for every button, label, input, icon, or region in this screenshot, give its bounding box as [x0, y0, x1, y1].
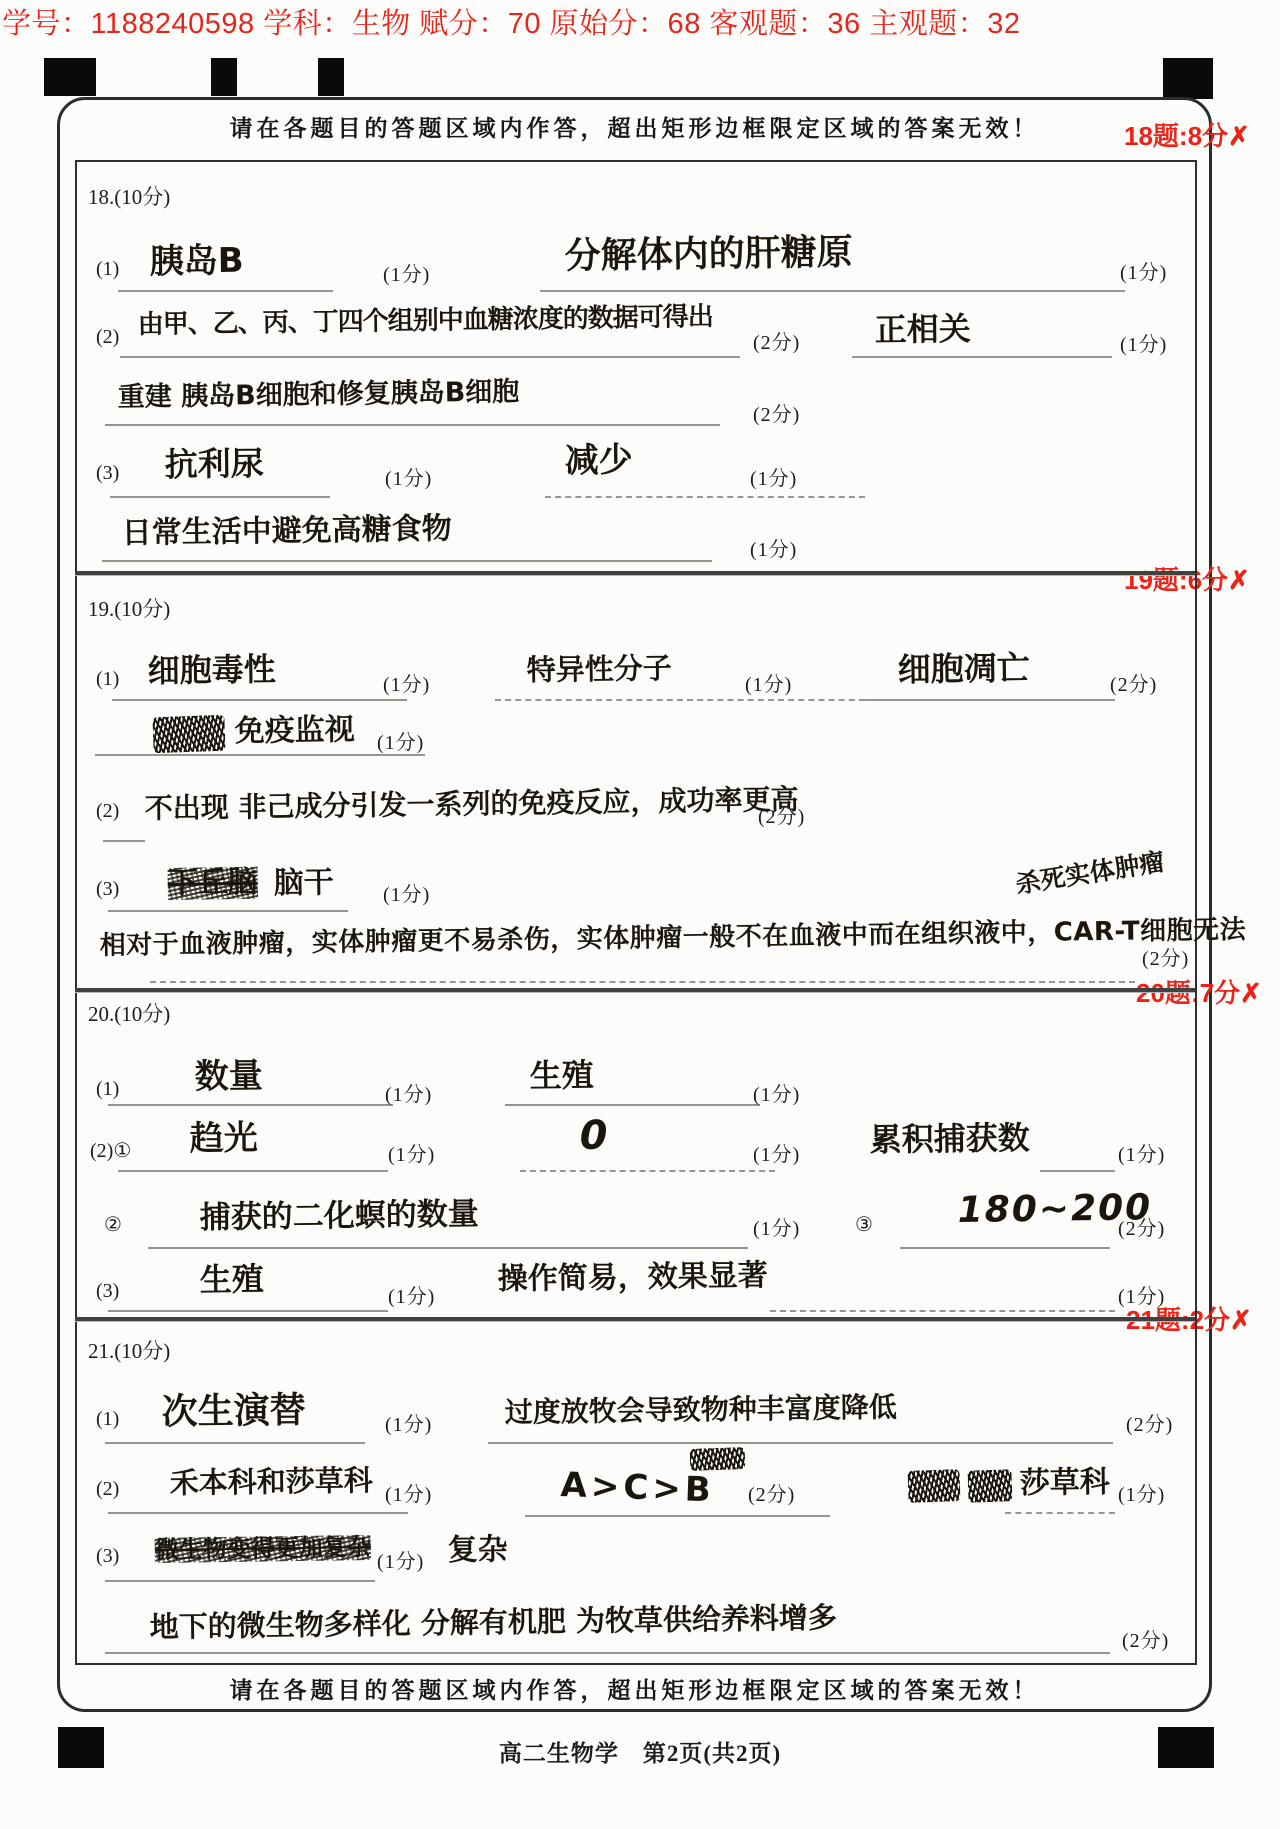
- registration-mark: [211, 58, 237, 96]
- instruction-bottom: 请在各题目的答题区域内作答，超出矩形边框限定区域的答案无效！: [57, 1672, 1212, 1705]
- q20-answer-1-1: 数量: [195, 1059, 263, 1096]
- q20-line1-num: (1): [96, 1078, 119, 1101]
- points-label: (1分): [385, 1078, 432, 1107]
- points-label: (2分): [1118, 1212, 1165, 1241]
- blank-line: [103, 840, 145, 842]
- q19-line3-num: (2): [96, 800, 119, 823]
- q20-title: 20.(10分): [88, 998, 170, 1028]
- q18-answer-1-1: 胰岛B: [150, 244, 244, 281]
- blank-line: [105, 1442, 365, 1444]
- q18-title: 18.(10分): [88, 181, 170, 211]
- registration-mark: [44, 58, 96, 96]
- blank-line: [1005, 1512, 1115, 1514]
- q20-answer-2-1: 趋光: [190, 1121, 258, 1158]
- points-label: (1分): [383, 878, 430, 907]
- section-divider: [75, 1317, 1195, 1321]
- points-label: (1分): [1120, 256, 1167, 285]
- q19-answer-1-1: 细胞毒性: [148, 653, 276, 688]
- crossed-out-scribble: [967, 1469, 1012, 1503]
- blank-line: [118, 1170, 388, 1172]
- blank-line: [110, 496, 330, 498]
- blank-line: [865, 699, 1115, 701]
- q21-answer-2-1: 禾本科和莎草科: [170, 1465, 373, 1498]
- q20-answer-2-2: 0: [579, 1115, 607, 1157]
- points-label: (2分): [758, 800, 805, 829]
- q21-answer-3: 复杂: [448, 1534, 508, 1566]
- registration-mark: [318, 58, 344, 96]
- q21-answer-1-1: 次生演替: [161, 1392, 306, 1432]
- blank-line: [1040, 1170, 1115, 1172]
- points-label: (2分): [1110, 668, 1157, 697]
- q21-answer-2-2: A>C>B: [560, 1468, 715, 1509]
- points-label: (1分): [385, 1408, 432, 1437]
- points-label: (1分): [750, 533, 797, 562]
- blank-line: [150, 981, 1135, 983]
- q21-answer-1-2: 过度放牧会导致物种丰富度降低: [505, 1393, 897, 1428]
- points-label: (2分): [753, 326, 800, 355]
- section-divider: [75, 571, 1195, 575]
- blank-line: [108, 910, 348, 912]
- q19-answer-1-3: 细胞凋亡: [898, 651, 1030, 687]
- registration-mark: [1163, 58, 1213, 99]
- blank-line: [545, 496, 865, 498]
- blank-line: [852, 356, 1112, 358]
- q20-answer-3-1: 捕获的二化螟的数量: [200, 1198, 479, 1234]
- q20-answer-1-2: 生殖: [530, 1059, 594, 1093]
- blank-line: [900, 1247, 1110, 1249]
- blank-line: [525, 1515, 830, 1517]
- grade-note-q18: 18题:8分✗: [1124, 116, 1250, 153]
- blank-line: [520, 1170, 775, 1172]
- blank-line: [108, 1104, 393, 1106]
- q18-answer-4-1: 抗利尿: [165, 447, 264, 483]
- blank-line: [540, 290, 1125, 292]
- q18-answer-3: 重建 胰岛B细胞和修复胰岛B细胞: [118, 378, 520, 412]
- q18-answer-4-2: 减少: [565, 443, 633, 480]
- instruction-top: 请在各题目的答题区域内作答，超出矩形边框限定区域的答案无效！: [57, 110, 1212, 143]
- q21-crossed-answer: 微生物变得更加复杂: [155, 1535, 371, 1563]
- blank-line: [102, 560, 712, 562]
- q20-answer-2-3: 累积捕获数: [870, 1122, 1030, 1158]
- points-label: (1分): [1118, 1280, 1165, 1309]
- blank-line: [108, 1512, 408, 1514]
- blank-line: [105, 424, 720, 426]
- points-label: (1分): [750, 462, 797, 491]
- q19-title: 19.(10分): [88, 593, 170, 623]
- points-label: (1分): [753, 1078, 800, 1107]
- q20-answer-4-2: 操作简易，效果显著: [498, 1260, 768, 1295]
- q20-line3-num2: ③: [855, 1212, 873, 1237]
- q21-line2-num: (2): [96, 1478, 119, 1501]
- blank-line: [95, 754, 425, 756]
- q19-line4-num: (3): [96, 878, 119, 901]
- q18-line4-num: (3): [96, 462, 119, 485]
- blank-line: [105, 1652, 1110, 1654]
- points-label: (1分): [385, 1478, 432, 1507]
- page-footer: 高二生物学 第2页(共2页): [0, 1735, 1280, 1768]
- q19-answer-4: 脑干: [274, 867, 334, 899]
- q18-line1-num: (1): [96, 258, 119, 281]
- points-label: (1分): [753, 1212, 800, 1241]
- blank-line: [148, 1247, 748, 1249]
- section-divider: [75, 988, 1195, 992]
- blank-line: [118, 290, 333, 292]
- blank-line: [495, 699, 875, 701]
- points-label: (2分): [753, 398, 800, 427]
- crossed-out-scribble: [690, 1447, 746, 1471]
- q19-answer-2: 免疫监视: [235, 714, 355, 747]
- crossed-out-scribble: [907, 1469, 960, 1503]
- blank-line: [770, 1310, 1115, 1312]
- q19-line1-num: (1): [96, 668, 119, 691]
- crossed-out-scribble: [152, 715, 225, 753]
- scanned-answer-sheet: 学号：1188240598 学科：生物 赋分：70 原始分：68 客观题：36 …: [0, 0, 1280, 1829]
- blank-line: [488, 1442, 1113, 1444]
- q21-line3-num: (3): [96, 1545, 119, 1568]
- points-label: (1分): [1120, 328, 1167, 357]
- q19-answer-1-2: 特异性分子: [527, 653, 672, 685]
- points-label: (2分): [748, 1478, 795, 1507]
- blank-line: [505, 1104, 760, 1106]
- red-header: 学号：1188240598 学科：生物 赋分：70 原始分：68 客观题：36 …: [2, 1, 1020, 42]
- points-label: (1分): [383, 258, 430, 287]
- points-label: (1分): [383, 668, 430, 697]
- q18-line2-num: (2): [96, 326, 119, 349]
- blank-line: [105, 1580, 375, 1582]
- points-label: (2分): [1122, 1624, 1169, 1653]
- blank-line: [108, 1310, 388, 1312]
- blank-line: [112, 699, 407, 701]
- q21-answer-2-3: 莎草科: [1020, 1467, 1110, 1500]
- points-label: (1分): [377, 1545, 424, 1574]
- q21-line1-num: (1): [96, 1408, 119, 1431]
- points-label: (2分): [1126, 1408, 1173, 1437]
- blank-line: [120, 356, 740, 358]
- points-label: (1分): [753, 1138, 800, 1167]
- points-label: (1分): [1118, 1138, 1165, 1167]
- q20-line2-num: (2)①: [90, 1138, 131, 1163]
- points-label: (1分): [385, 462, 432, 491]
- points-label: (1分): [1118, 1478, 1165, 1507]
- q20-line4-num: (3): [96, 1280, 119, 1303]
- q18-answer-5: 日常生活中避免高糖食物: [122, 513, 452, 549]
- points-label: (1分): [388, 1280, 435, 1309]
- q18-answer-2-2: 正相关: [875, 313, 971, 348]
- q19-crossed-answer: 下丘脑: [168, 867, 258, 900]
- points-label: (2分): [1142, 942, 1189, 971]
- q20-line3-num: ②: [104, 1212, 122, 1237]
- points-label: (1分): [745, 668, 792, 697]
- points-label: (1分): [388, 1138, 435, 1167]
- q21-title: 21.(10分): [88, 1335, 170, 1365]
- q20-answer-4-1: 生殖: [200, 1263, 264, 1297]
- points-label: (1分): [377, 726, 424, 755]
- q18-answer-1-2: 分解体内的肝糖原: [564, 234, 853, 276]
